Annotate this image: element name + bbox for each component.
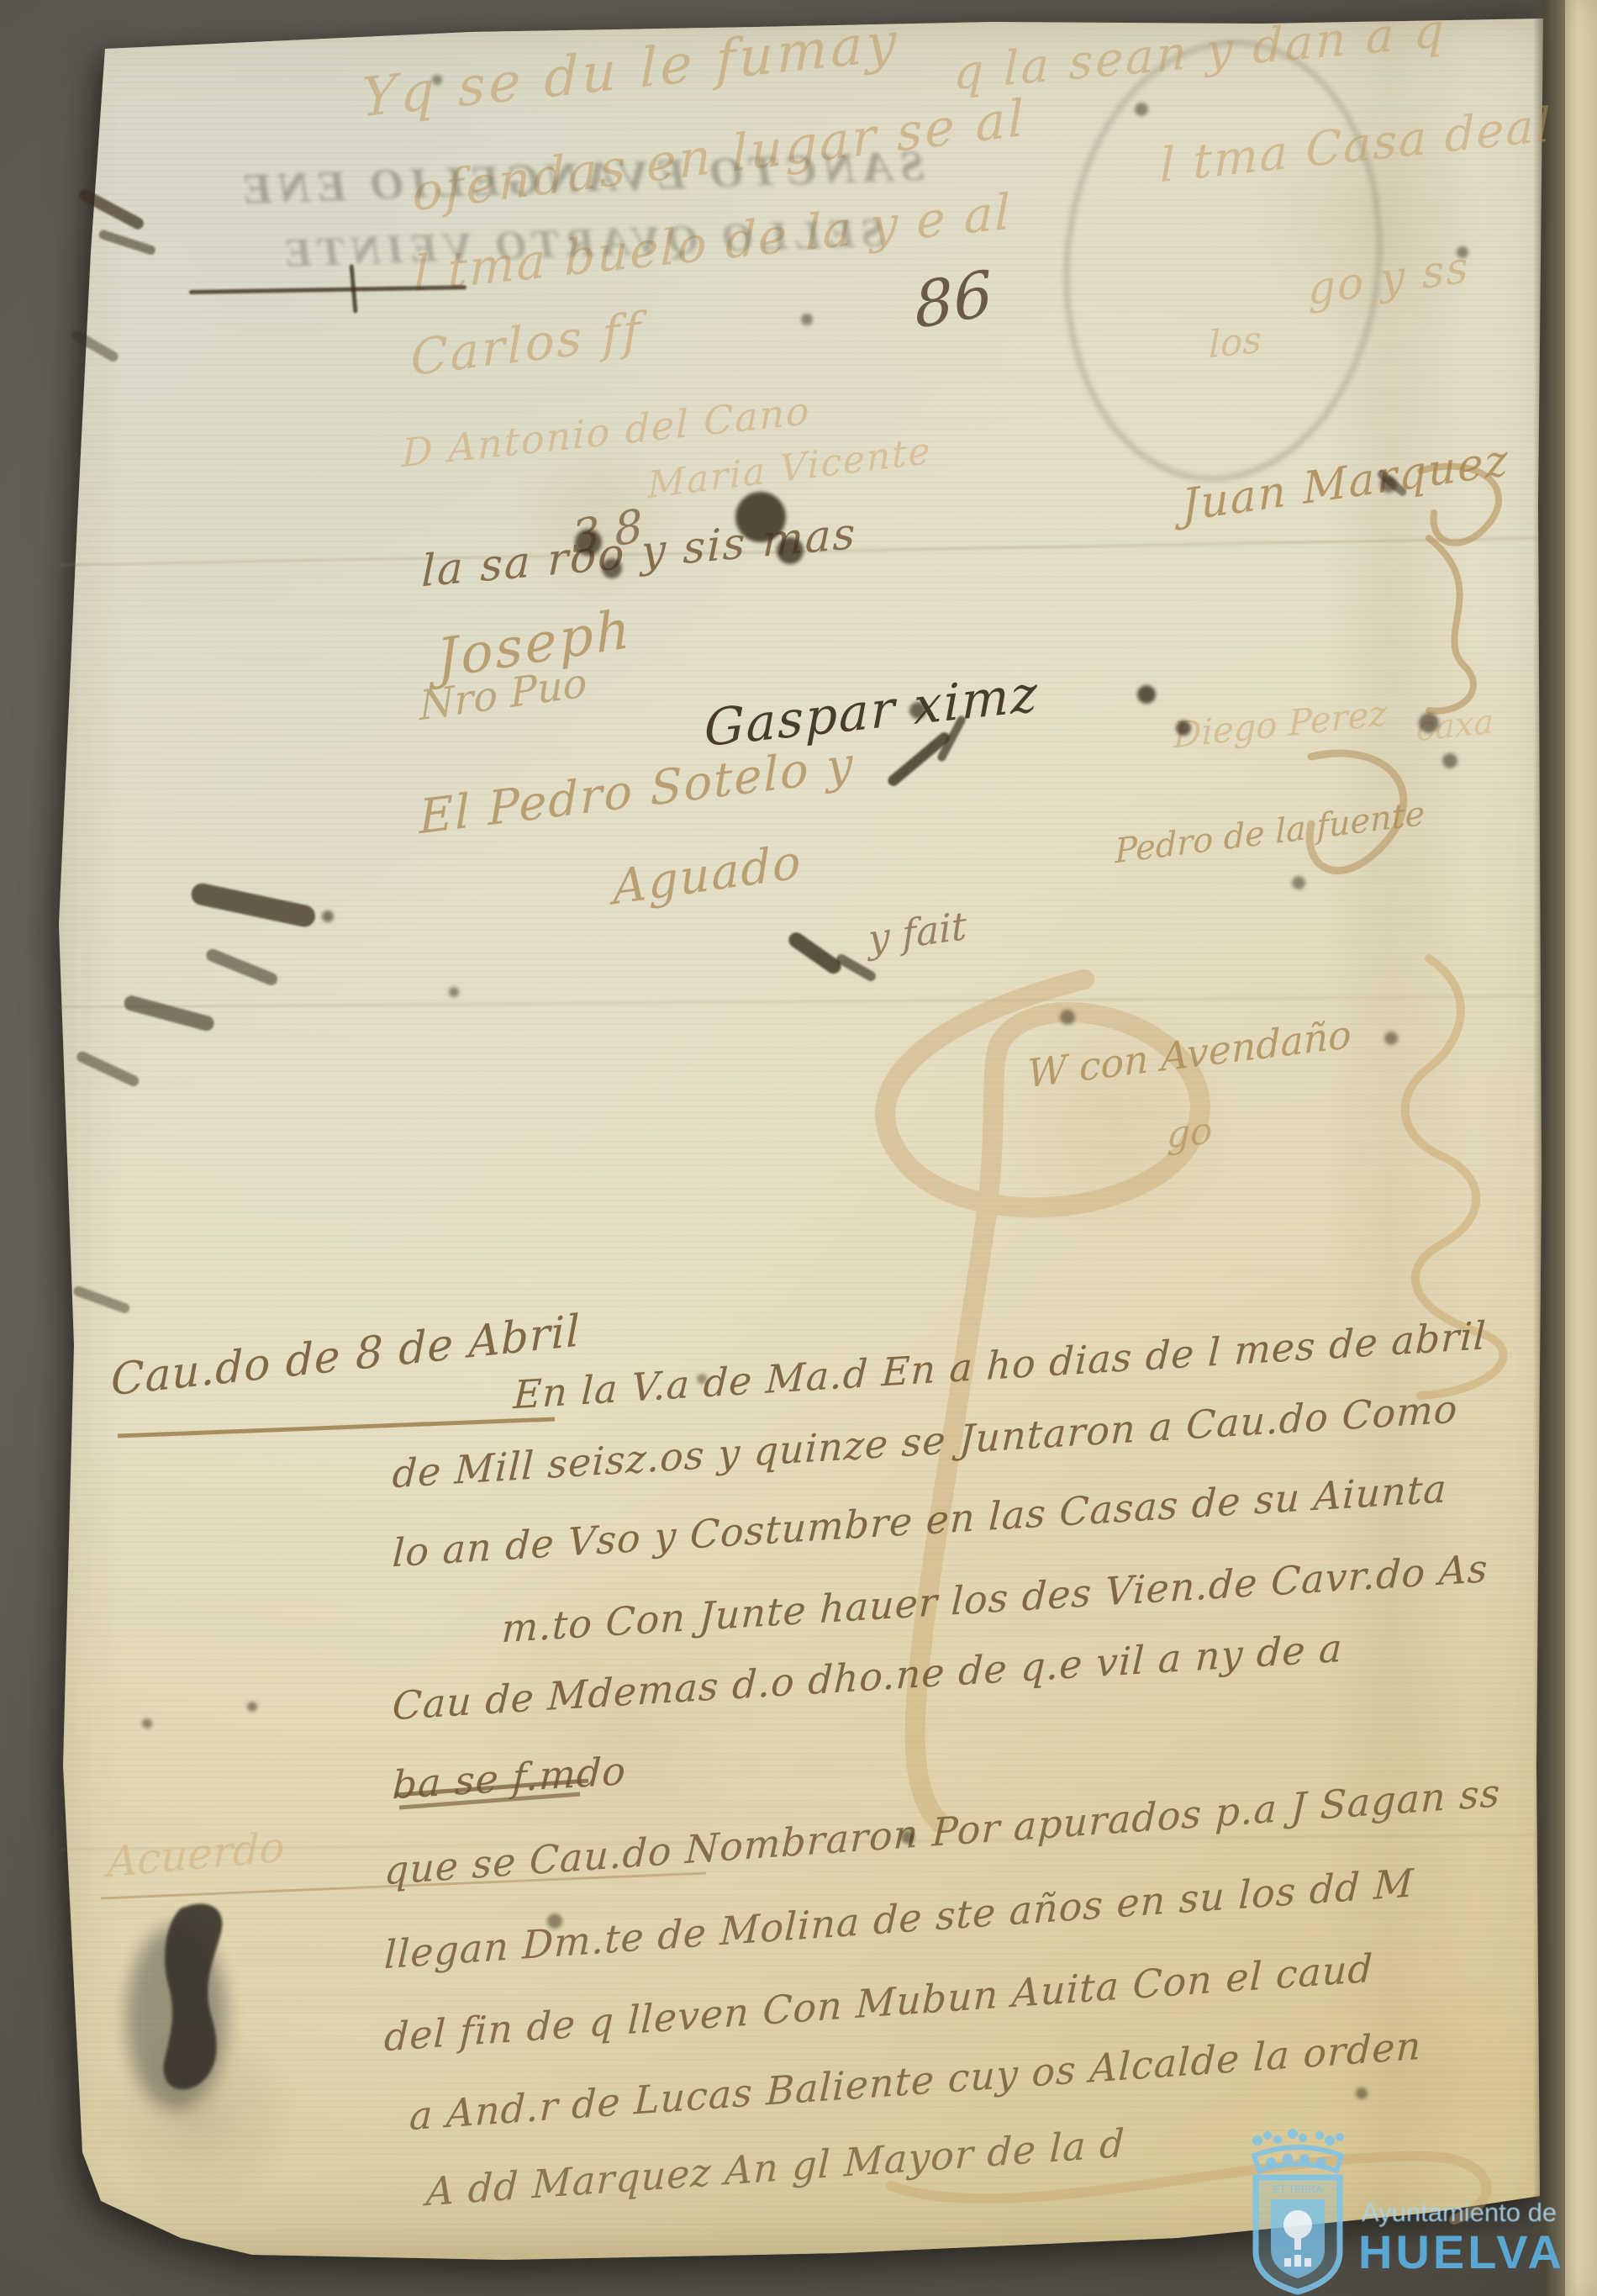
firmado-underline xyxy=(395,1781,588,1795)
ink-flourish-rubric xyxy=(1420,467,1499,711)
ink-flourish-rubric xyxy=(1310,753,1404,871)
watermark-city-name: HUELVA xyxy=(1358,2225,1565,2279)
watermark-org-name: Ayuntamiento de xyxy=(1362,2198,1557,2228)
huelva-crest-icon: ET TERRA xyxy=(1242,2127,1353,2295)
scan-background: Yq se du le fumayq la sean y dan a qofen… xyxy=(0,0,1597,2296)
margin-note-underline xyxy=(118,1419,555,1436)
huelva-watermark: ET TERRA Ayuntamiento de HUELVA xyxy=(1242,2117,1595,2296)
crest-motto: ET TERRA xyxy=(1273,2183,1323,2195)
crease-line xyxy=(59,1834,1538,1850)
acuerdo-underline xyxy=(101,1873,706,1898)
firmado-underline xyxy=(399,1794,580,1808)
crease-line xyxy=(59,538,1538,565)
ink-flourish-rubric xyxy=(1405,958,1504,1396)
ink-flourish-loop-tail xyxy=(885,979,1200,1823)
faded-stamp-circle xyxy=(1046,27,1400,494)
ink-flourish-layer xyxy=(0,0,1597,2296)
crease-line xyxy=(59,996,1538,1007)
